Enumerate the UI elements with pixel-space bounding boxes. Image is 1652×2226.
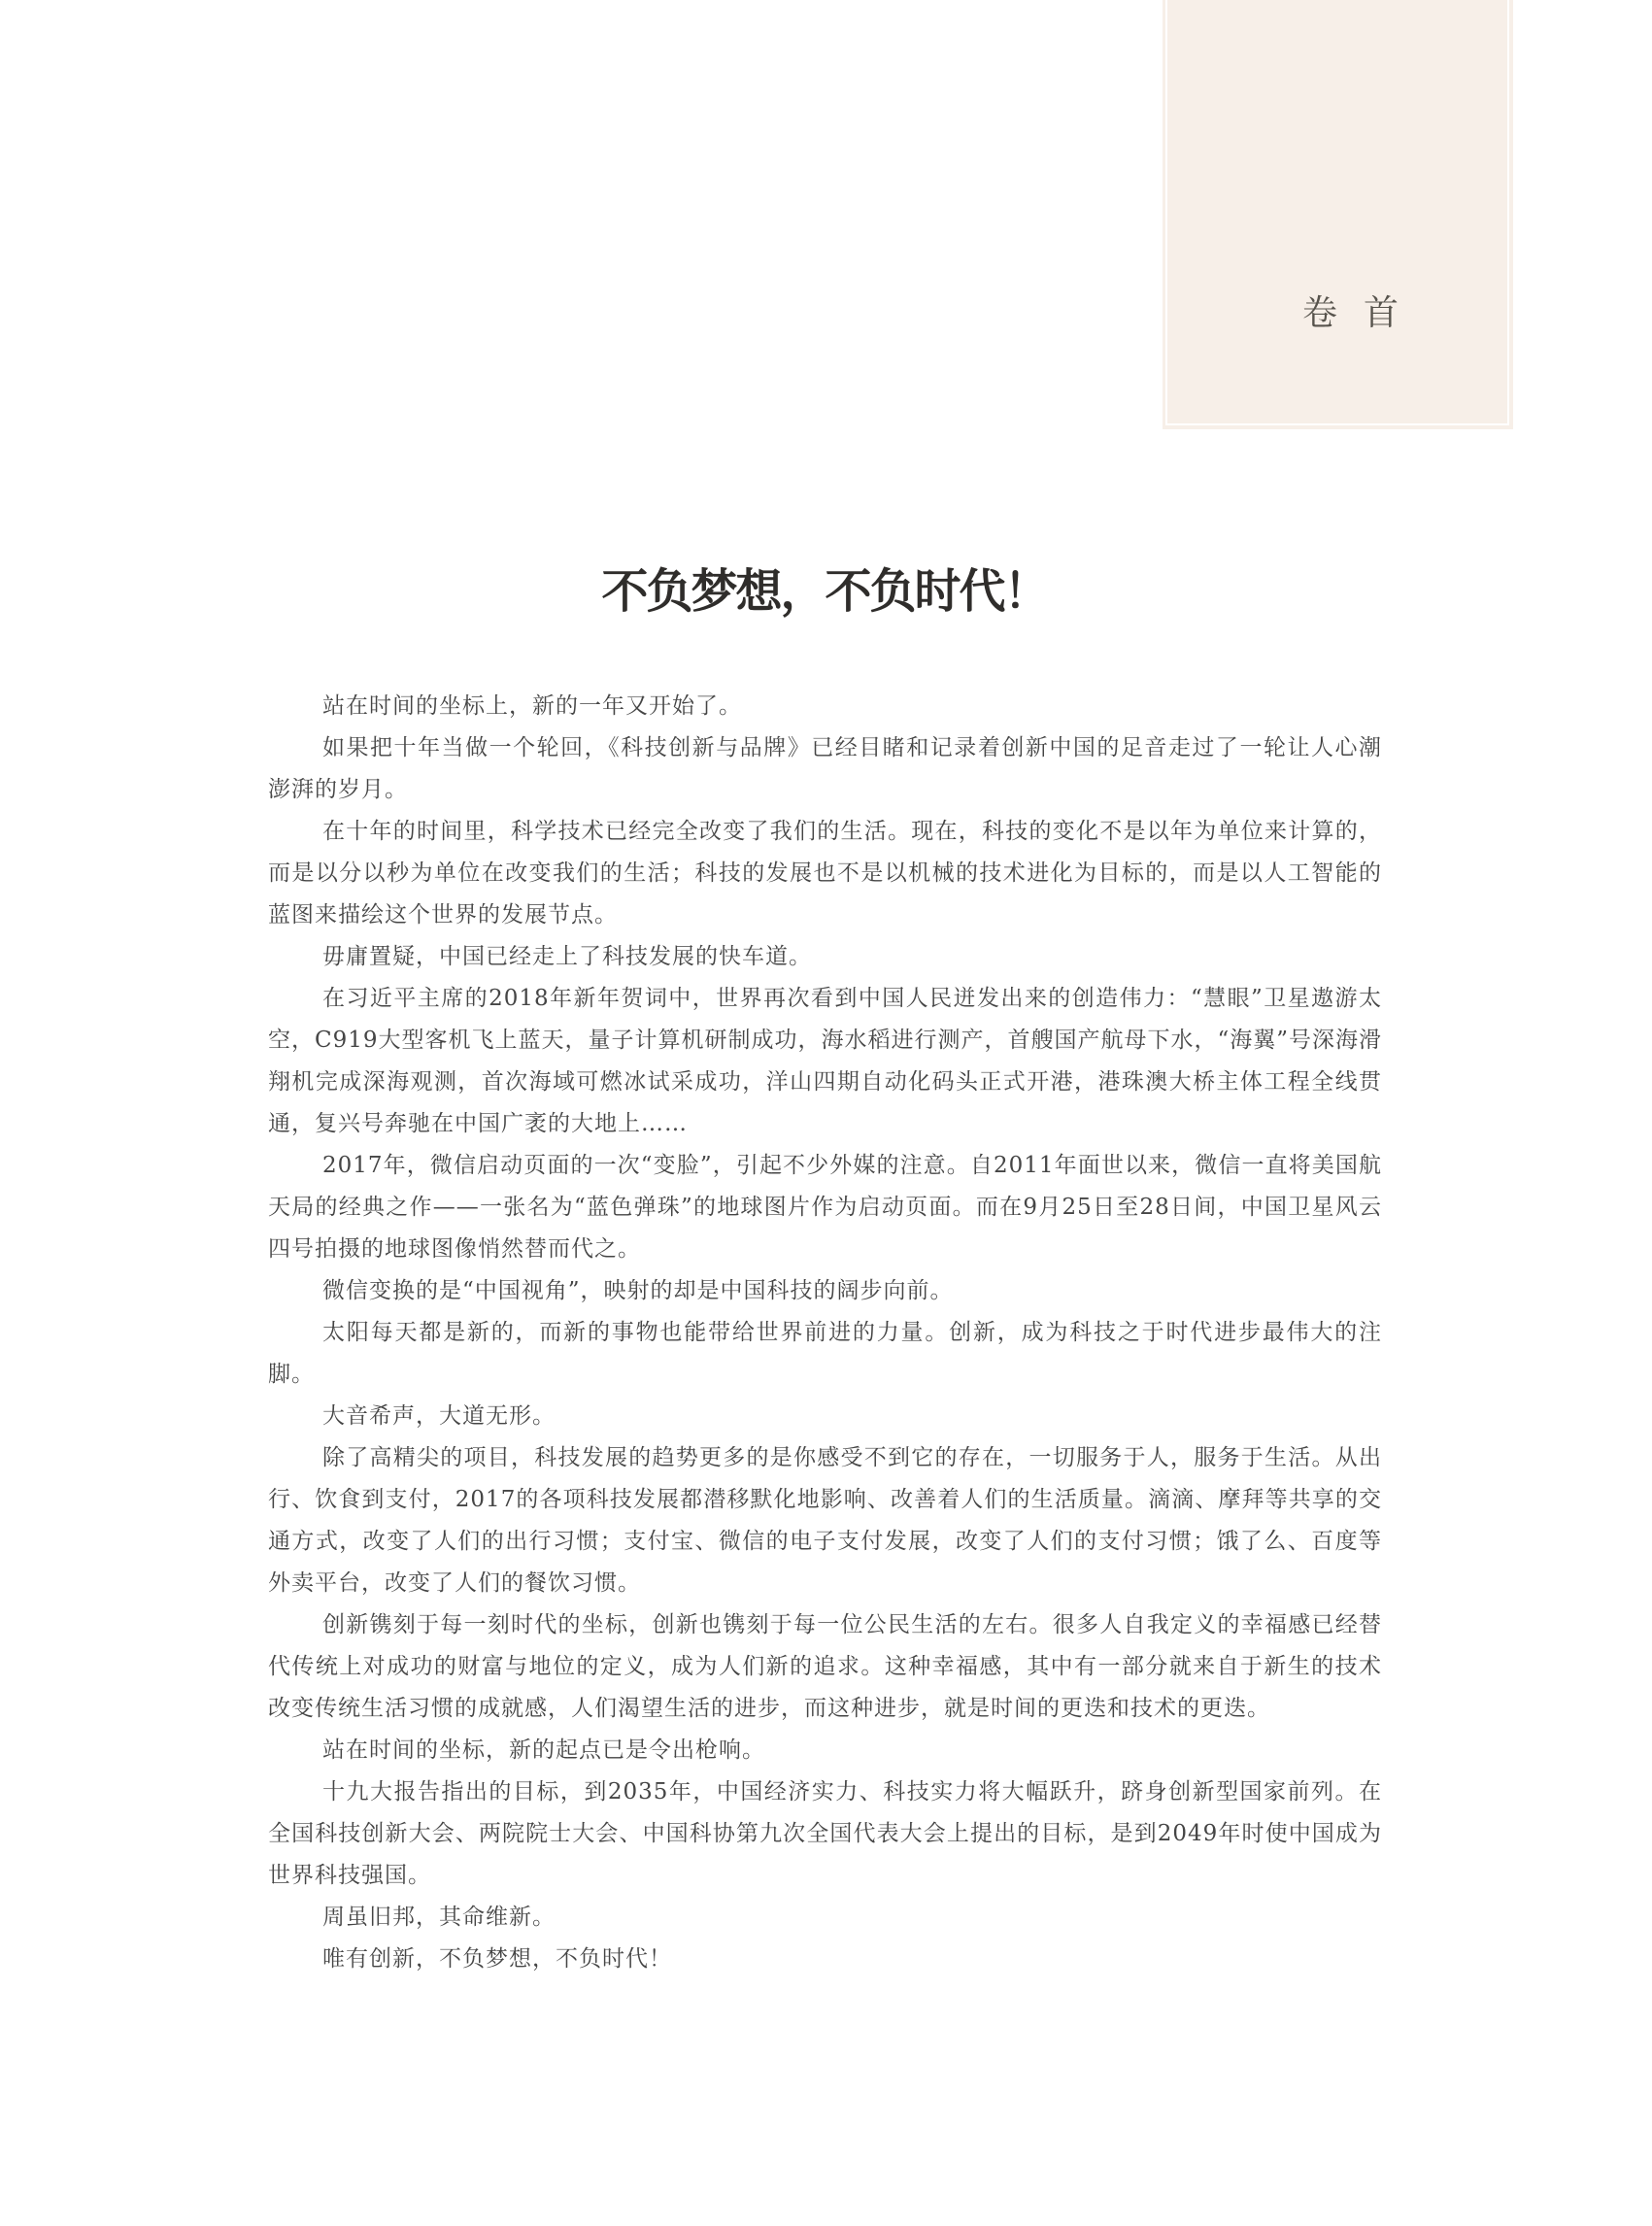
- body-paragraph: 毋庸置疑，中国已经走上了科技发展的快车道。: [268, 936, 1382, 978]
- body-paragraph: 在习近平主席的2018年新年贺词中，世界再次看到中国人民迸发出来的创造伟力：“慧…: [268, 978, 1382, 1145]
- corner-banner: [1163, 0, 1513, 429]
- body-paragraph: 站在时间的坐标上，新的一年又开始了。: [268, 686, 1382, 727]
- body-paragraph: 微信变换的是“中国视角”，映射的却是中国科技的阔步向前。: [268, 1270, 1382, 1312]
- body-paragraph: 唯有创新，不负梦想，不负时代！: [268, 1939, 1382, 1980]
- body-paragraph: 除了高精尖的项目，科技发展的趋势更多的是你感受不到它的存在，一切服务于人，服务于…: [268, 1437, 1382, 1604]
- page-title: 不负梦想，不负时代！: [268, 554, 1382, 621]
- article-body: 站在时间的坐标上，新的一年又开始了。如果把十年当做一个轮回，《科技创新与品牌》已…: [268, 686, 1382, 1980]
- body-paragraph: 太阳每天都是新的，而新的事物也能带给世界前进的力量。创新，成为科技之于时代进步最…: [268, 1312, 1382, 1396]
- body-paragraph: 创新镌刻于每一刻时代的坐标，创新也镌刻于每一位公民生活的左右。很多人自我定义的幸…: [268, 1604, 1382, 1730]
- corner-label: 卷首: [1302, 286, 1425, 335]
- body-paragraph: 大音希声，大道无形。: [268, 1396, 1382, 1437]
- banner-inset-line: [1165, 0, 1509, 425]
- body-paragraph: 周虽旧邦，其命维新。: [268, 1897, 1382, 1939]
- body-paragraph: 如果把十年当做一个轮回，《科技创新与品牌》已经目睹和记录着创新中国的足音走过了一…: [268, 727, 1382, 811]
- body-paragraph: 站在时间的坐标，新的起点已是令出枪响。: [268, 1730, 1382, 1771]
- body-paragraph: 十九大报告指出的目标，到2035年，中国经济实力、科技实力将大幅跃升，跻身创新型…: [268, 1771, 1382, 1897]
- magazine-preface-page: 卷首 不负梦想，不负时代！ 站在时间的坐标上，新的一年又开始了。如果把十年当做一…: [0, 0, 1652, 2226]
- body-paragraph: 在十年的时间里，科学技术已经完全改变了我们的生活。现在，科技的变化不是以年为单位…: [268, 811, 1382, 936]
- body-paragraph: 2017年，微信启动页面的一次“变脸”，引起不少外媒的注意。自2011年面世以来…: [268, 1145, 1382, 1270]
